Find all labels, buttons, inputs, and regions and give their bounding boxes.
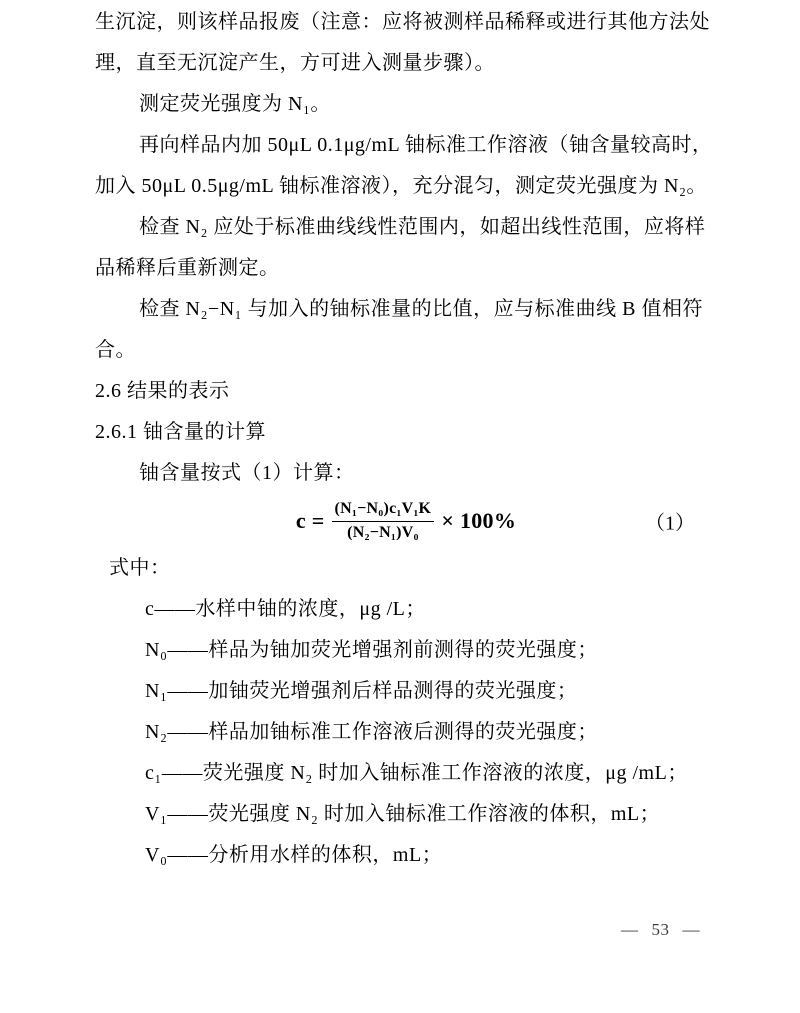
- section-heading-2-6-1: 2.6.1 铀含量的计算: [95, 412, 717, 453]
- footer-dash-left: —: [621, 920, 639, 940]
- definition-line-v0: V₀——分析用水样的体积，mL；: [95, 835, 717, 876]
- definition-line-c: c——水样中铀的浓度，μg /L；: [95, 589, 717, 630]
- body-line: 再向样品内加 50μL 0.1μg/mL 铀标准工作溶液（铀含量较高时，: [95, 125, 717, 166]
- body-line: 理，直至无沉淀产生，方可进入测量步骤）。: [95, 43, 717, 84]
- definition-line-v1: V₁——荧光强度 N₂ 时加入铀标准工作溶液的体积，mL；: [95, 794, 717, 835]
- uranium-concentration-formula: c = (N₁−N₀)c₁V₁K (N₂−N₁)V₀ × 100%: [296, 499, 516, 544]
- formula-denominator: (N₂−N₁)V₀: [332, 522, 435, 544]
- document-page: 生沉淀，则该样品报废（注意：应将被测样品稀释或进行其他方法处 理，直至无沉淀产生…: [0, 0, 800, 1013]
- body-line: 合。: [95, 330, 717, 371]
- body-line: 检查 N₂ 应处于标准曲线线性范围内，如超出线性范围，应将样: [95, 207, 717, 248]
- definition-line-c1: c₁——荧光强度 N₂ 时加入铀标准工作溶液的浓度，μg /mL；: [95, 753, 717, 794]
- formula-lhs: c =: [296, 508, 325, 534]
- definition-line-n0: N₀——样品为铀加荧光增强剂前测得的荧光强度；: [95, 630, 717, 671]
- section-heading-2-6: 2.6 结果的表示: [95, 371, 717, 412]
- footer-dash-right: —: [683, 920, 701, 940]
- page-footer: — 53 —: [621, 920, 700, 940]
- definition-line-n1: N₁——加铀荧光增强剂后样品测得的荧光强度；: [95, 671, 717, 712]
- body-line: 品稀释后重新测定。: [95, 248, 717, 289]
- page-content: 生沉淀，则该样品报废（注意：应将被测样品稀释或进行其他方法处 理，直至无沉淀产生…: [95, 2, 717, 876]
- body-line: 检查 N₂−N₁ 与加入的铀标准量的比值，应与标准曲线 B 值相符: [95, 289, 717, 330]
- equation-number: （1）: [645, 507, 695, 536]
- definition-line-n2: N₂——样品加铀标准工作溶液后测得的荧光强度；: [95, 712, 717, 753]
- formula-numerator: (N₁−N₀)c₁V₁K: [332, 499, 435, 522]
- where-label: 式中：: [95, 548, 717, 589]
- formula-rhs: × 100%: [441, 508, 516, 534]
- formula-row: c = (N₁−N₀)c₁V₁K (N₂−N₁)V₀ × 100% （1）: [95, 494, 717, 548]
- body-line: 铀含量按式（1）计算：: [95, 453, 717, 494]
- formula-fraction: (N₁−N₀)c₁V₁K (N₂−N₁)V₀: [332, 499, 435, 544]
- footer-page-number: 53: [652, 920, 670, 940]
- body-line: 加入 50μL 0.5μg/mL 铀标准溶液），充分混匀，测定荧光强度为 N₂。: [95, 166, 717, 207]
- body-line: 生沉淀，则该样品报废（注意：应将被测样品稀释或进行其他方法处: [95, 2, 717, 43]
- body-line: 测定荧光强度为 N₁。: [95, 84, 717, 125]
